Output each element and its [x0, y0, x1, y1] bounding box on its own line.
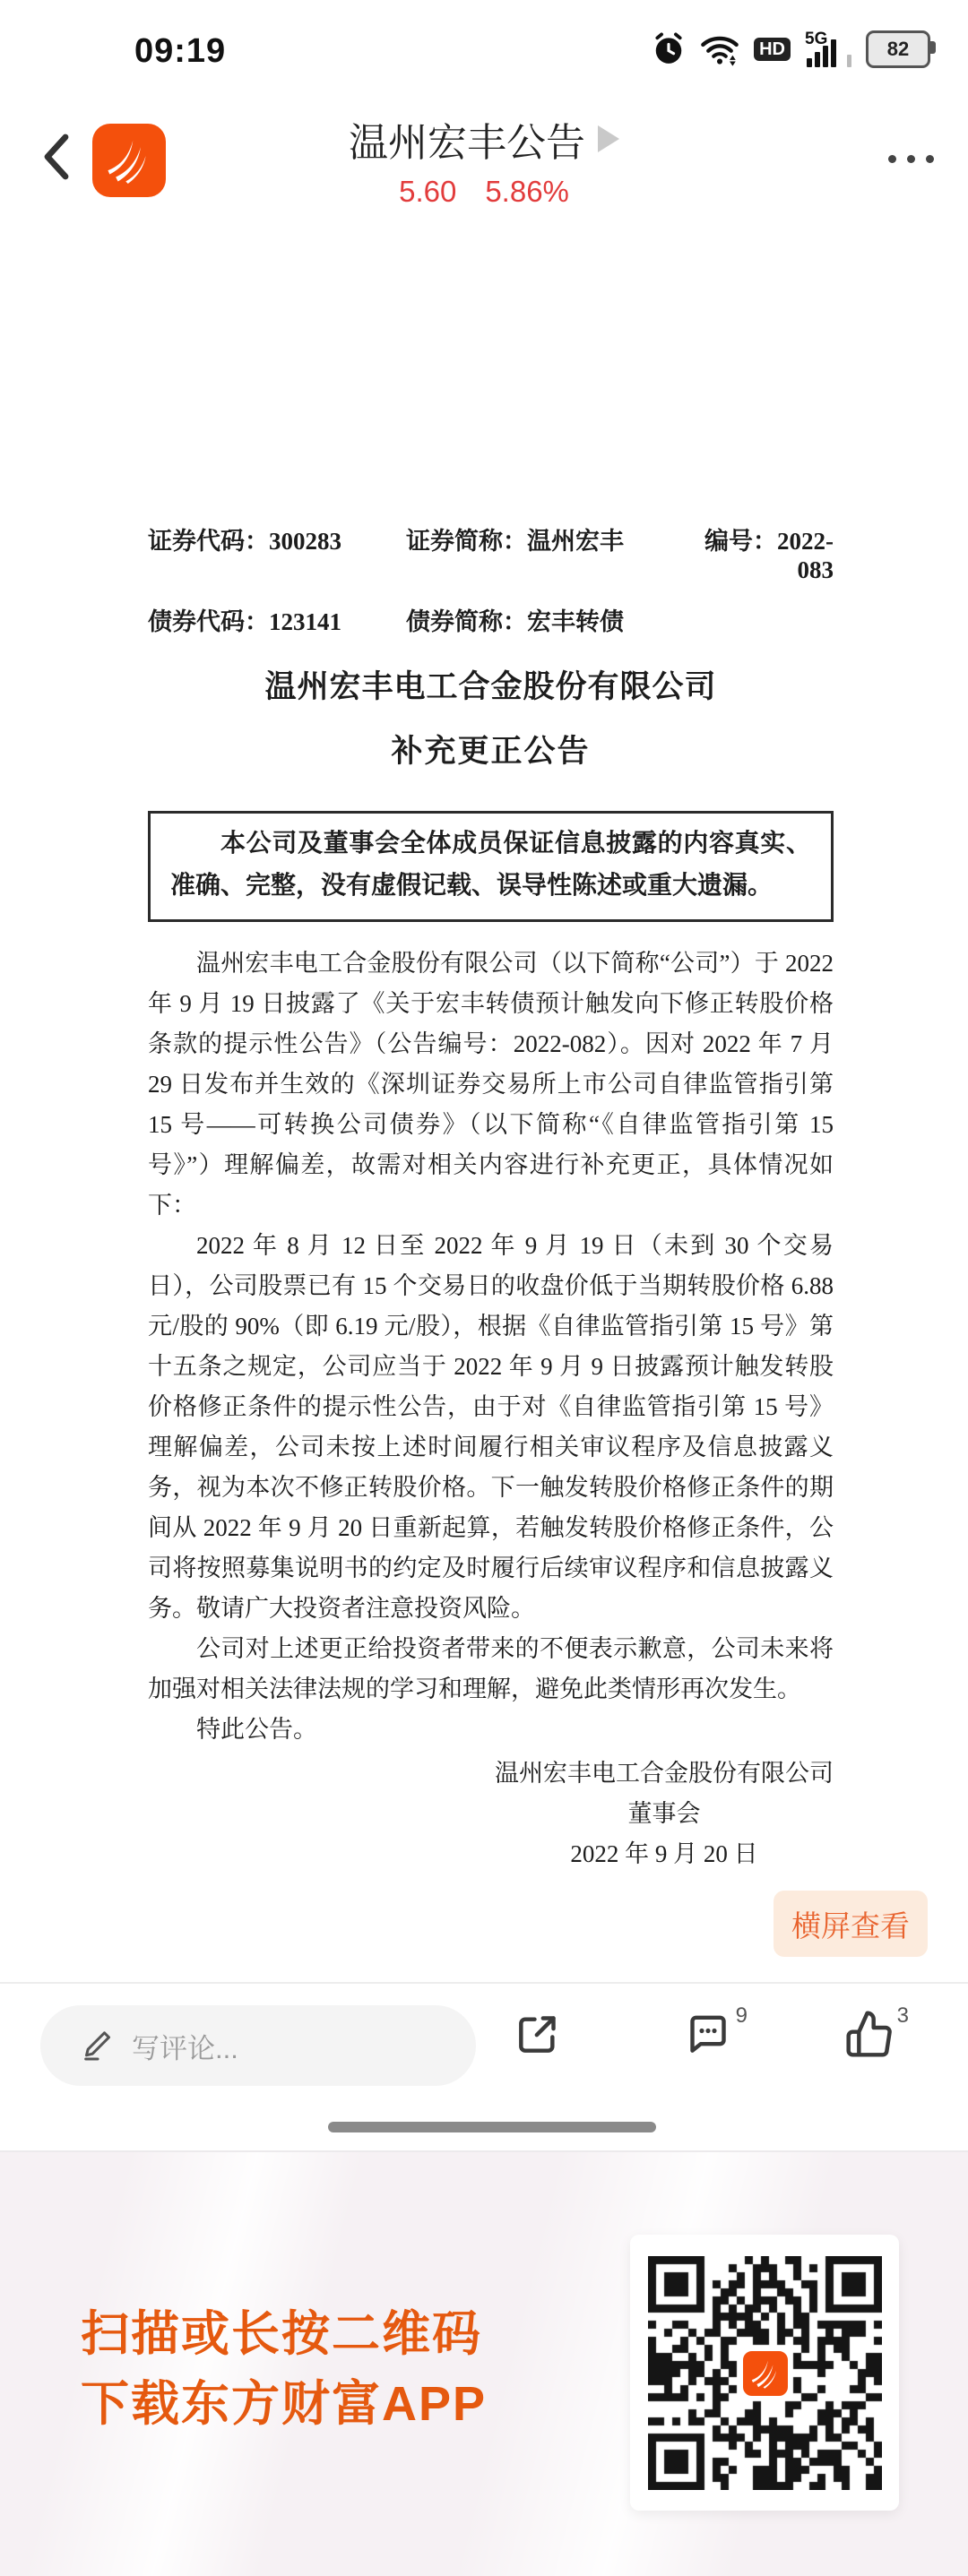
stock-name: 证券简称：温州宏丰 — [406, 521, 695, 584]
status-time: 09:19 — [134, 32, 226, 71]
home-indicator[interactable] — [328, 2122, 656, 2132]
more-menu-button[interactable] — [888, 155, 934, 163]
pencil-icon — [80, 2028, 116, 2063]
disclaimer-box: 本公司及董事会全体成员保证信息披露的内容真实、准确、完整，没有虚假记载、误导性陈… — [148, 811, 834, 922]
document-meta: 证券代码：300283 证券简称：温州宏丰 编号：2022-083 债券代码：1… — [148, 521, 834, 637]
stock-code: 证券代码：300283 — [148, 521, 406, 584]
like-count-badge: 3 — [897, 2003, 909, 2029]
landscape-view-button[interactable]: 横屏查看 — [774, 1891, 928, 1957]
status-icons: HD 5G 82 — [652, 30, 930, 68]
signature-date: 2022 年 9 月 20 日 — [495, 1834, 834, 1874]
app-promo-banner: 扫描或长按二维码 下载东方财富APP — [0, 2150, 968, 2576]
header-center: 温州宏丰公告 5.60 5.86% — [0, 110, 968, 209]
page-title: 温州宏丰公告 — [349, 110, 585, 168]
download-qr-code[interactable] — [630, 2235, 899, 2511]
document-body: 温州宏丰电工合金股份有限公司（以下简称“公司”）于 2022 年 9 月 19 … — [148, 943, 834, 1750]
document-title-company: 温州宏丰电工合金股份有限公司 — [148, 662, 834, 707]
expand-stock-icon[interactable] — [598, 125, 619, 152]
comment-count-badge: 9 — [736, 2003, 748, 2029]
qr-center-logo — [739, 2348, 791, 2399]
home-bar-strip — [0, 2107, 968, 2150]
comment-input[interactable]: 写评论... — [40, 2005, 476, 2086]
comments-button[interactable]: 9 — [683, 2009, 737, 2081]
comment-bar: 写评论... 9 3 — [0, 1982, 968, 2109]
alarm-icon — [652, 31, 686, 67]
paragraph: 温州宏丰电工合金股份有限公司（以下简称“公司”）于 2022 年 9 月 19 … — [148, 943, 834, 1226]
header: 温州宏丰公告 5.60 5.86% — [0, 94, 968, 228]
document-title-type: 补充更正公告 — [148, 727, 834, 771]
battery-percent: 82 — [887, 38, 909, 61]
announcement-document: 证券代码：300283 证券简称：温州宏丰 编号：2022-083 债券代码：1… — [0, 226, 968, 1982]
signature-company: 温州宏丰电工合金股份有限公司 — [495, 1753, 834, 1794]
hd-badge-icon: HD — [754, 38, 791, 61]
wifi-icon — [700, 31, 739, 67]
comment-placeholder: 写评论... — [132, 2026, 238, 2066]
bond-name: 债券简称：宏丰转债 — [406, 602, 695, 637]
paragraph: 特此公告。 — [148, 1710, 834, 1750]
signal-5g-icon: 5G — [805, 31, 851, 67]
stock-quote[interactable]: 5.60 5.86% — [0, 175, 968, 209]
bond-code: 债券代码：123141 — [148, 602, 406, 637]
screen: { "status_bar": { "time": "09:19", "batt… — [0, 0, 968, 2576]
promo-text-line1: 扫描或长按二维码 — [81, 2296, 482, 2365]
paragraph: 公司对上述更正给投资者带来的不便表示歉意，公司未来将加强对相关法律法规的学习和理… — [148, 1629, 834, 1710]
status-bar: 09:19 HD 5G — [0, 0, 968, 94]
signature-board: 董事会 — [495, 1794, 834, 1834]
like-button[interactable]: 3 — [844, 2009, 898, 2081]
announcement-number: 编号：2022-083 — [695, 521, 834, 584]
paragraph: 2022 年 8 月 12 日至 2022 年 9 月 19 日（未到 30 个… — [148, 1226, 834, 1629]
signature-block: 温州宏丰电工合金股份有限公司 董事会 2022 年 9 月 20 日 — [495, 1753, 834, 1874]
share-button[interactable] — [513, 2009, 566, 2081]
promo-text-line2: 下载东方财富APP — [81, 2365, 487, 2434]
stock-price: 5.60 — [399, 175, 456, 209]
battery-icon: 82 — [866, 30, 930, 68]
stock-change: 5.86% — [485, 175, 569, 209]
